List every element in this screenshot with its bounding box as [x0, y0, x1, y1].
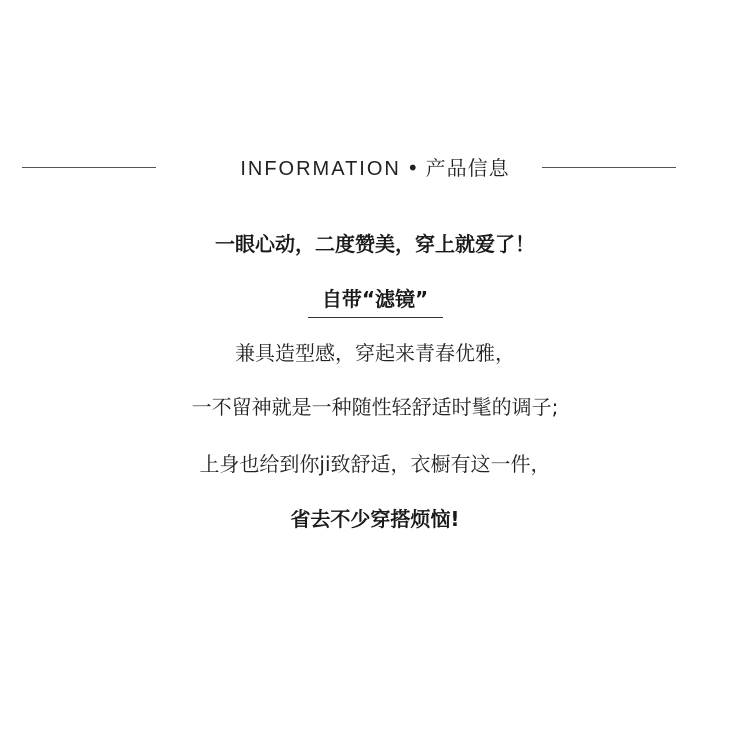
headline: 一眼心动，二度赞美，穿上就爱了！ [0, 228, 750, 257]
subheadline-text: 自带“滤镜” [308, 283, 443, 318]
header-separator: • [407, 156, 420, 180]
header-title-en: INFORMATION [240, 158, 401, 180]
body-line-2: 一不留神就是一种随性轻舒适时髦的调子; [0, 391, 750, 420]
subheadline: 自带“滤镜” [0, 283, 750, 318]
body-line-1: 兼具造型感，穿起来青春优雅， [0, 337, 750, 366]
closing-line: 省去不少穿搭烦恼! [0, 503, 750, 532]
header-title-cn: 产品信息 [426, 156, 510, 180]
body-line-3: 上身也给到你ji致舒适，衣橱有这一件， [0, 448, 750, 477]
section-header: INFORMATION•产品信息 [0, 152, 750, 181]
